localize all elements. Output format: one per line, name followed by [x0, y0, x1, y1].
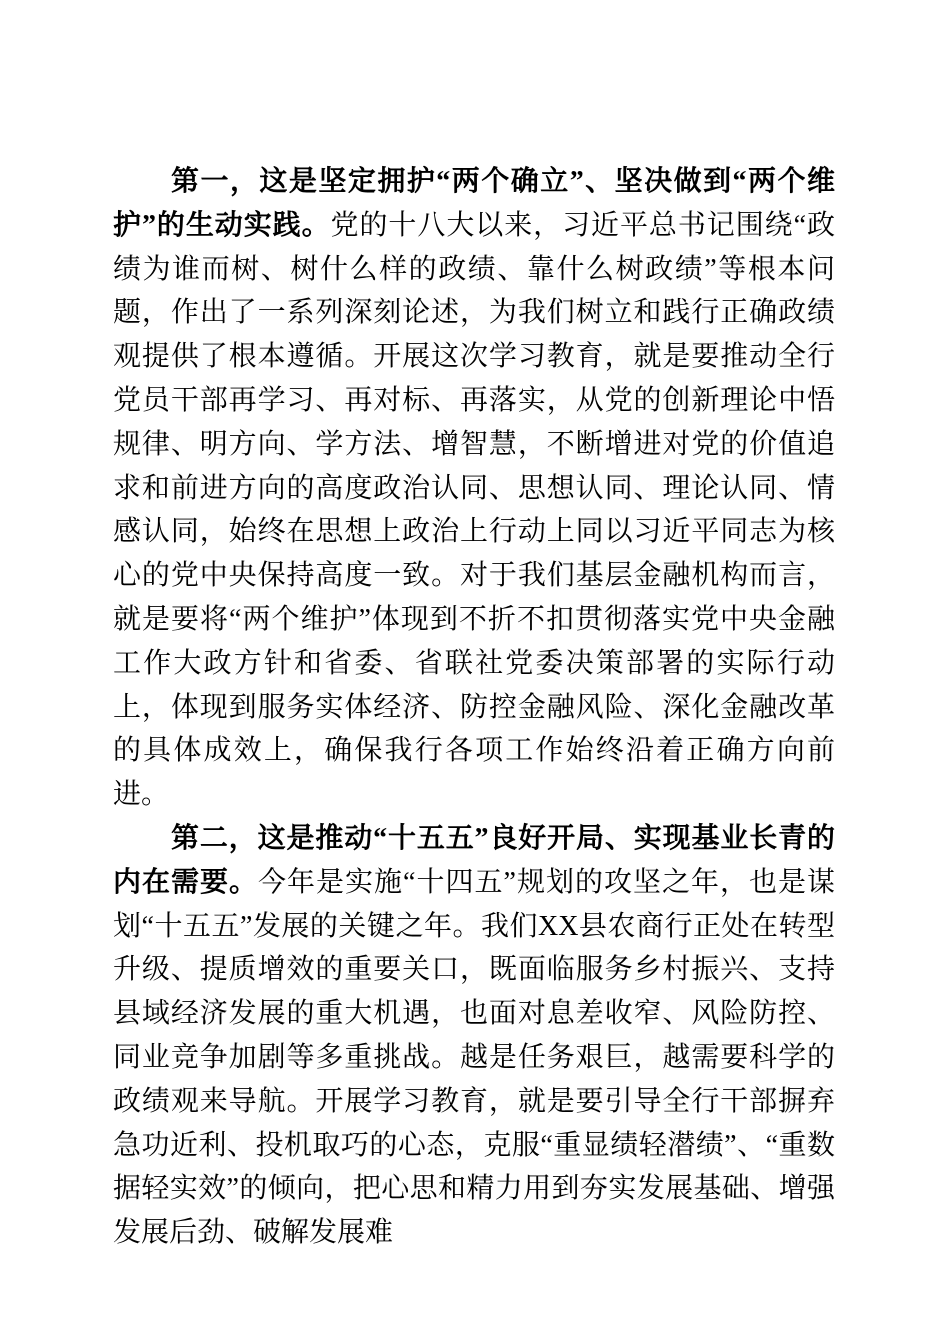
paragraph-second-point: 第二，这是推动“十五五”良好开局、实现基业长青的内在需要。今年是实施“十四五”规… [113, 817, 835, 1255]
paragraph-second-point-body: 今年是实施“十四五”规划的攻坚之年，也是谋划“十五五”发展的关键之年。我们XX县… [113, 867, 835, 1248]
document-page: 第一，这是坚定拥护“两个确立”、坚决做到“两个维护”的生动实践。党的十八大以来，… [0, 0, 950, 1344]
paragraph-first-point: 第一，这是坚定拥护“两个确立”、坚决做到“两个维护”的生动实践。党的十八大以来，… [113, 160, 835, 817]
paragraph-first-point-body: 党的十八大以来，习近平总书记围绕“政绩为谁而树、树什么样的政绩、靠什么树政绩”等… [113, 210, 835, 810]
